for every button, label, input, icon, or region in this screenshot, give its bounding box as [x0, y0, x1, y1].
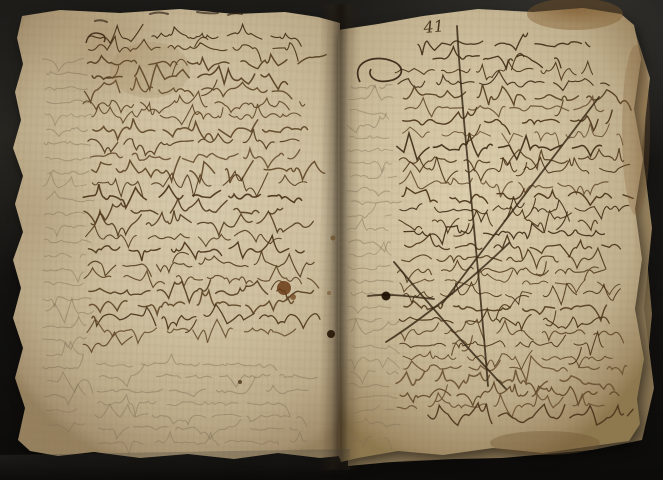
manuscript-scan: 41 — [0, 0, 663, 480]
left-page-wrapper — [10, 6, 340, 468]
manuscript-left-page — [10, 6, 340, 468]
right-page-wrapper — [338, 4, 654, 474]
manuscript-right-page — [338, 4, 654, 474]
